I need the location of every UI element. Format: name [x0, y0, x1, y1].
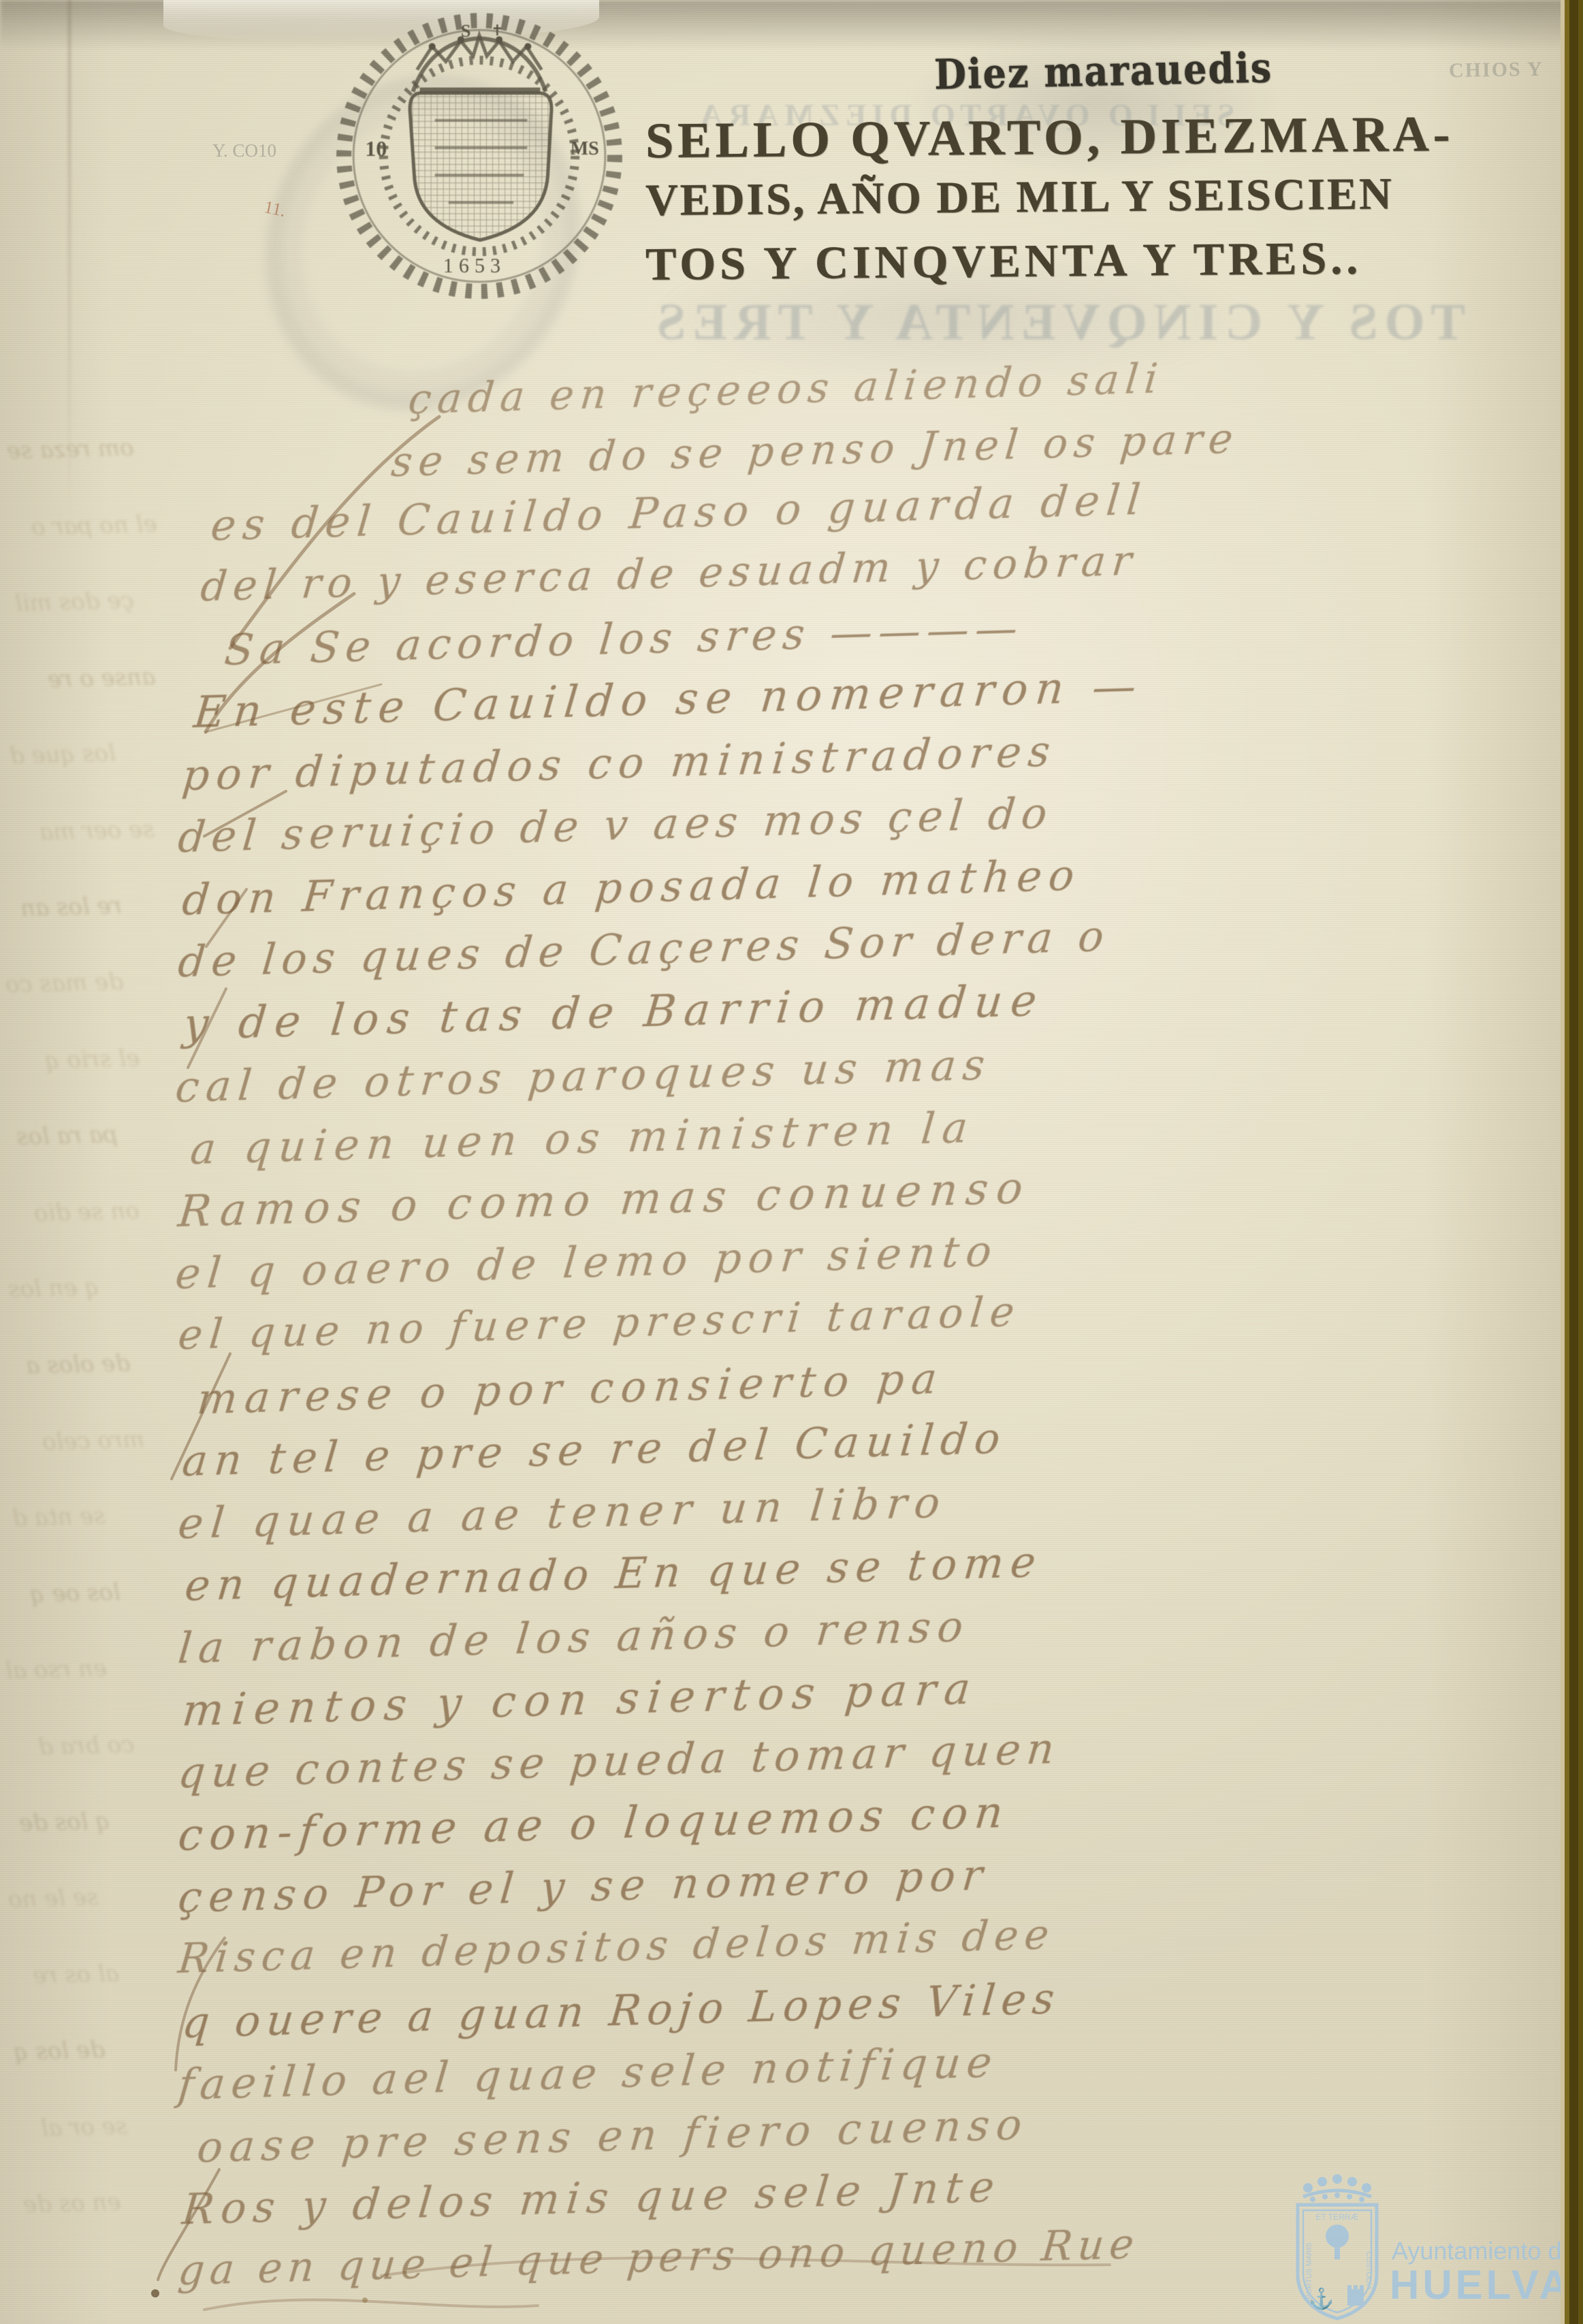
watermark-shield-left: PORTUS MARIS — [1305, 2242, 1313, 2299]
margin-ghost-line: de los q — [13, 2036, 105, 2065]
watermark-shield-right: CUSTODIA — [1364, 2252, 1373, 2291]
margin-ghost-line: mro celo — [42, 1426, 145, 1456]
watermark-org-name: Ayuntamiento de — [1392, 2237, 1576, 2265]
margin-ghost-line: anse o re — [48, 663, 156, 693]
margin-ghost-line: en rso al — [5, 1655, 108, 1685]
seal-crown-initial: S — [461, 21, 471, 41]
margin-ghost-line: om reza se — [7, 434, 134, 465]
royal-tax-seal-stamp-icon: S ✝ 10 MS 1653 — [332, 4, 626, 302]
watermark-tower-icon — [1347, 2285, 1364, 2306]
margin-ghost-line: en os de — [23, 2188, 121, 2218]
bleedthrough-corner-text: CHIOS Y — [1449, 58, 1544, 82]
document-page: { "document": { "header": { "fee_line": … — [0, 0, 1583, 2324]
bleedthrough-title-text: TOS Y CINQVENTA Y TRES — [650, 293, 1465, 352]
margin-ghost-line: se or al — [40, 2112, 127, 2142]
printed-title-line-1: SELLO QVARTO, DIEZMARA- — [645, 106, 1454, 170]
margin-ghost-line: se le no — [7, 1883, 99, 1913]
bleedthrough-left-mark: 11. — [262, 197, 287, 221]
fee-line-blackletter: Diez marauedis — [933, 43, 1273, 99]
margin-ghost-line: re los an — [20, 892, 123, 922]
book-binding-edge — [1561, 0, 1583, 2324]
margin-ghost-line: el srio q — [45, 1045, 140, 1075]
watermark-crown-icon — [1303, 2174, 1371, 2202]
margin-ghost-line: se oer ma — [39, 816, 155, 846]
margin-ghost-line: al os re — [32, 1960, 119, 1989]
seal-year: 1653 — [443, 254, 506, 277]
margin-ghost-line: pa ra los — [16, 1121, 118, 1151]
margin-ghost-line: q en los — [7, 1273, 99, 1303]
margin-ghost-line: se nta d — [12, 1502, 106, 1532]
margin-ghost-line: de mas co — [5, 968, 124, 999]
margin-ghost-line: los oe q — [29, 1578, 121, 1608]
margin-ghost-line: el no par o — [31, 511, 158, 541]
margin-ghost-line: los que d — [10, 739, 116, 769]
margin-ghost-line: co bra d — [38, 1731, 135, 1761]
watermark-city-name: HUELVA — [1390, 2262, 1572, 2308]
margin-ghost-line: de olos a — [26, 1350, 131, 1380]
bleedthrough-left-text: Y. CO10 — [212, 140, 276, 161]
huelva-archive-watermark: ⚓ ET TERRÆ PORTUS MARIS CUSTODIA Ayuntam… — [1277, 2172, 1583, 2324]
svg-text:✝: ✝ — [491, 22, 504, 39]
printed-title-line-2: VEDIS, AÑO DE MIL Y SEISCIEN — [645, 168, 1394, 227]
margin-ghost-line: on se dio — [34, 1197, 140, 1227]
margin-ghost-line: q los de — [18, 1807, 110, 1836]
watermark-tree-icon — [1326, 2225, 1349, 2248]
margin-ghost-line: çe dos mil — [15, 587, 134, 618]
seal-left-value: 10 — [365, 136, 387, 161]
seal-right-value: MS — [571, 138, 599, 159]
printed-title-line-3: TOS Y CINQVENTA Y TRES.. — [645, 231, 1362, 291]
watermark-shield-band: ET TERRÆ — [1316, 2212, 1359, 2222]
